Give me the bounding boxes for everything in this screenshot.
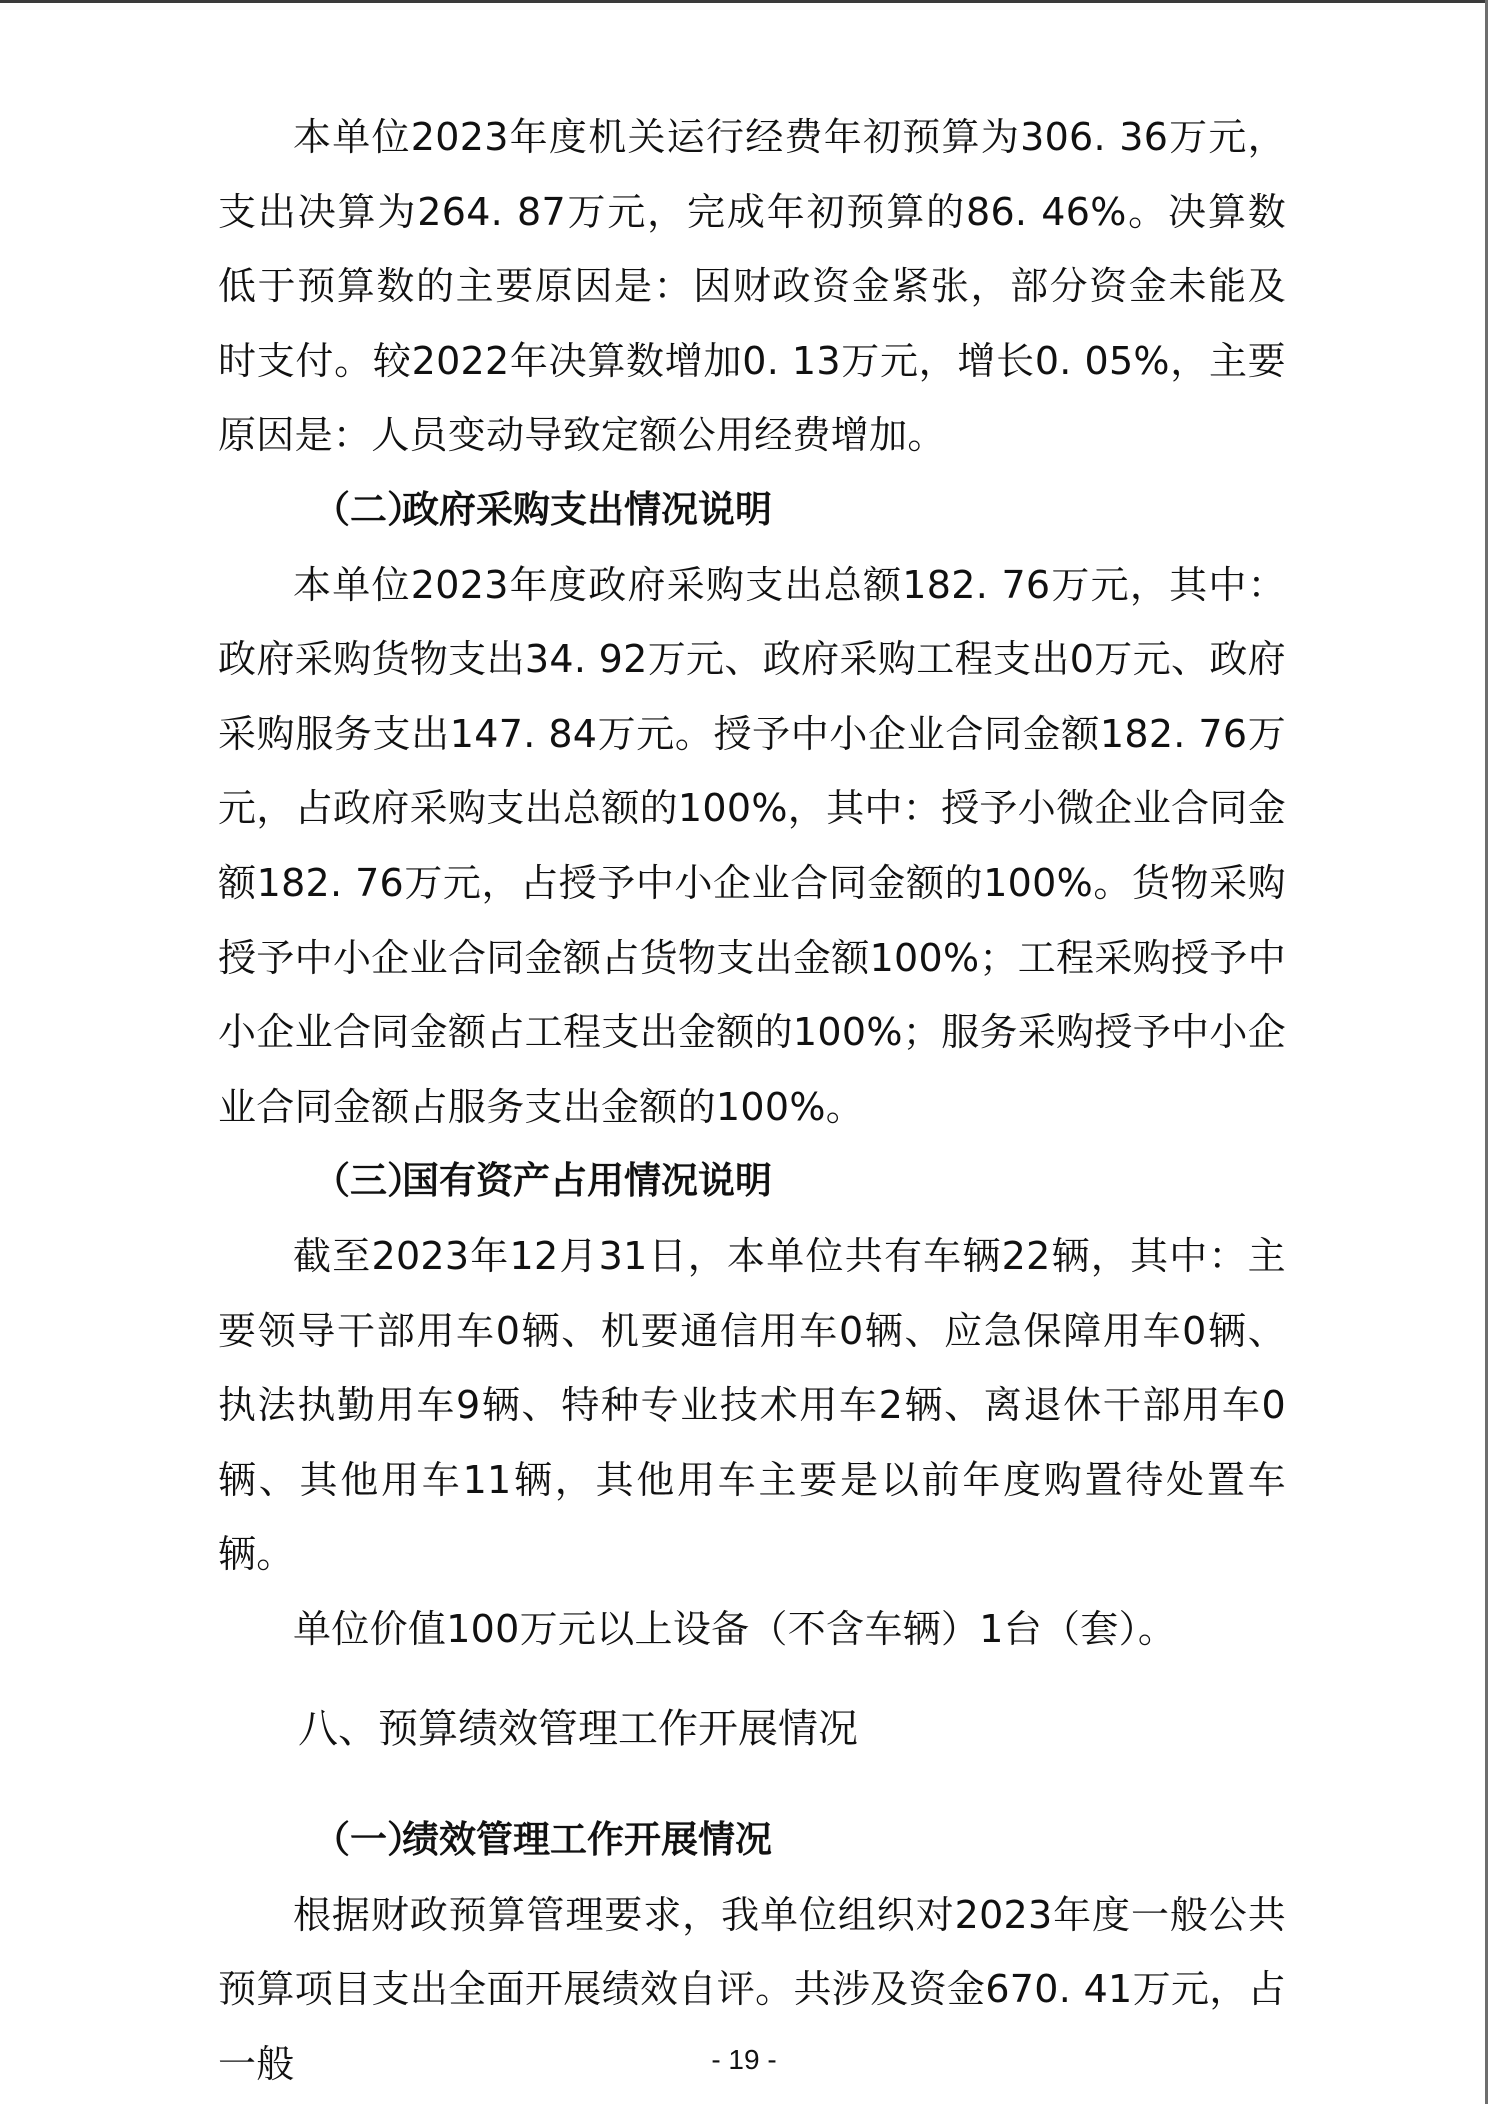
paragraph-procurement: 本单位2023年度政府采购支出总额182. 76万元，其中：政府采购货物支出34… [218,548,1286,1145]
heading-number: （二） [313,473,424,548]
paragraph-vehicles: 截至2023年12月31日，本单位共有车辆22辆，其中：主要领导干部用车0辆、机… [218,1219,1286,1592]
page-top-border [0,0,1488,3]
paragraph-operating-expenses: 本单位2023年度机关运行经费年初预算为306. 36万元，支出决算为264. … [218,100,1286,473]
section-heading-performance: 八、预算绩效管理工作开展情况 [218,1692,1286,1767]
heading-text: 政府采购支出情况说明 [402,473,772,548]
heading-government-procurement: （二） 政府采购支出情况说明 [218,473,1286,548]
heading-number: （三） [313,1144,424,1219]
paragraph-equipment: 单位价值100万元以上设备（不含车辆）1台（套）。 [218,1592,1286,1667]
heading-performance-work: （一） 绩效管理工作开展情况 [218,1803,1286,1878]
heading-number: （一） [313,1803,424,1878]
heading-text: 绩效管理工作开展情况 [402,1803,772,1878]
page-number: - 19 - [0,2044,1488,2076]
document-body: 本单位2023年度机关运行经费年初预算为306. 36万元，支出决算为264. … [218,100,1286,2101]
heading-text: 国有资产占用情况说明 [402,1144,772,1219]
heading-state-assets: （三） 国有资产占用情况说明 [218,1144,1286,1219]
